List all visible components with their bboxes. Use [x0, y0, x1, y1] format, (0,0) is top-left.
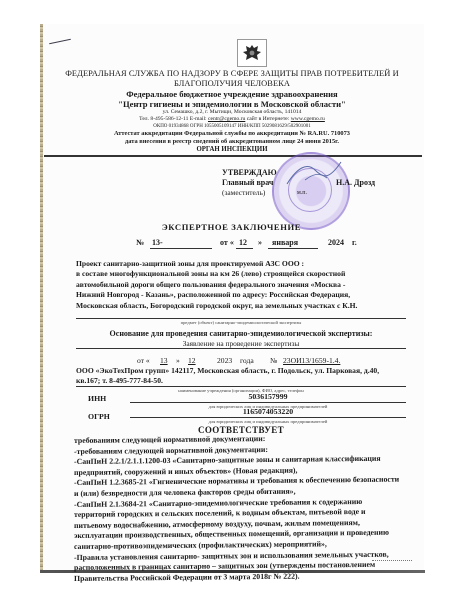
date-close-quote: »: [258, 238, 262, 247]
agency-name-line1: ФЕДЕРАЛЬНАЯ СЛУЖБА ПО НАДЗОРУ В СФЕРЕ ЗА…: [60, 69, 404, 79]
institution-name-line1: Федеральное бюджетное учреждение здравоо…: [60, 89, 404, 99]
number-label: №: [136, 238, 144, 247]
subject-line: Нижний Новгород - Казань», расположенной…: [76, 290, 406, 300]
institution-name-line2: "Центр гигиены и эпидемиологии в Московс…: [60, 99, 404, 109]
institution-contacts: Тел. 8-495-586-12-11 E-mail: centr@cgemo…: [60, 116, 404, 123]
paper-left-edge: [40, 24, 43, 572]
basis-underline: [76, 348, 406, 349]
basis-value: Заявление на проведение экспертизы: [76, 339, 406, 348]
coat-of-arms-icon: [237, 39, 267, 67]
stamp-place-label: м.п.: [297, 190, 307, 196]
website-link[interactable]: www.cgemo.ru: [291, 116, 325, 122]
basis-date-day: 13: [160, 356, 168, 365]
basis-no-label: №: [270, 356, 277, 365]
ogrn-caption: для юридических лиц и индивидуальных пре…: [130, 419, 406, 424]
subject-text: Проект санитарно-защитной зоны для проек…: [76, 259, 406, 311]
inn-value: 5036157999: [130, 392, 406, 401]
contacts-prefix: Тел. 8-495-586-12-11 E-mail:: [139, 116, 208, 122]
date-day: 12: [239, 238, 247, 247]
approver-position: Главный врач: [222, 178, 277, 188]
date-day-underline: [236, 248, 253, 249]
number-value: 13-: [152, 238, 163, 247]
email-link[interactable]: centr@cgemo.ru: [208, 116, 245, 122]
basis-title: Основание для проведения санитарно-эпиде…: [76, 329, 406, 338]
subject-underline: [76, 318, 406, 319]
institution-address: ул. Семашко, д.2, г. Мытищи, Московская …: [60, 109, 404, 116]
approver-deputy: (заместитель): [222, 188, 277, 198]
requirements-list: требованиям следующей нормативной докуме…: [74, 432, 410, 584]
approve-label: УТВЕРЖДАЮ: [222, 168, 277, 178]
dotted-mark: [372, 560, 412, 561]
date-month-underline: [268, 248, 318, 249]
inn-label: ИНН: [88, 394, 106, 403]
date-year-suffix: г.: [352, 238, 357, 247]
basis-date-quote: »: [176, 356, 180, 365]
basis-date-month: 12: [188, 356, 196, 365]
subject-line: автомобильной дороги общего пользования …: [76, 280, 406, 290]
institution-codes: ОКПО 01934868 ОГРН 1055005109147 ИНН/КПП…: [60, 123, 404, 130]
document-title: ЭКСПЕРТНОЕ ЗАКЛЮЧЕНИЕ: [0, 222, 463, 232]
date-from-label: от «: [220, 238, 234, 247]
applicant-line: ООО «ЭкоТехПром групп» 142117, Московска…: [76, 366, 406, 376]
applicant-underline: [76, 386, 406, 387]
subject-line: в составе многофункциональной зоны на км…: [76, 269, 406, 279]
subject-line: Московская область, Богородский городско…: [76, 301, 406, 311]
ogrn-underline: [130, 417, 406, 418]
basis-date-year-word: года: [240, 356, 254, 365]
number-underline: [150, 248, 212, 249]
basis-date-year: 2023: [217, 356, 232, 365]
basis-no-value: 23ОИ13/1659-1.4.: [283, 356, 340, 365]
approver-name: Н.А. Дрозд: [336, 178, 375, 187]
accreditation-line1: Аттестат аккредитации Федеральной службы…: [60, 130, 404, 138]
basis-date-from: от «: [137, 356, 150, 365]
approval-block: УТВЕРЖДАЮ Главный врач (заместитель): [222, 168, 277, 198]
subject-line: Проект санитарно-защитной зоны для проек…: [76, 259, 406, 269]
date-month: января: [272, 238, 298, 247]
ogrn-value: 1165074053220: [130, 407, 406, 416]
agency-name-line2: БЛАГОПОЛУЧИЯ ЧЕЛОВЕКА: [60, 79, 404, 89]
site-prefix: сайт в Интернете:: [245, 116, 290, 122]
inspection-body-name: ОРГАН ИНСПЕКЦИИ: [60, 146, 404, 154]
subject-caption: предмет (объект) санитарно-эпидемиологич…: [76, 320, 406, 325]
inn-underline: [130, 402, 406, 403]
date-year: 2024: [328, 238, 344, 247]
header-divider: [44, 155, 422, 157]
accreditation-line2: дата внесения в реестр сведений об аккре…: [60, 138, 404, 146]
ogrn-label: ОГРН: [88, 412, 110, 421]
applicant-text: ООО «ЭкоТехПром групп» 142117, Московска…: [76, 366, 406, 387]
